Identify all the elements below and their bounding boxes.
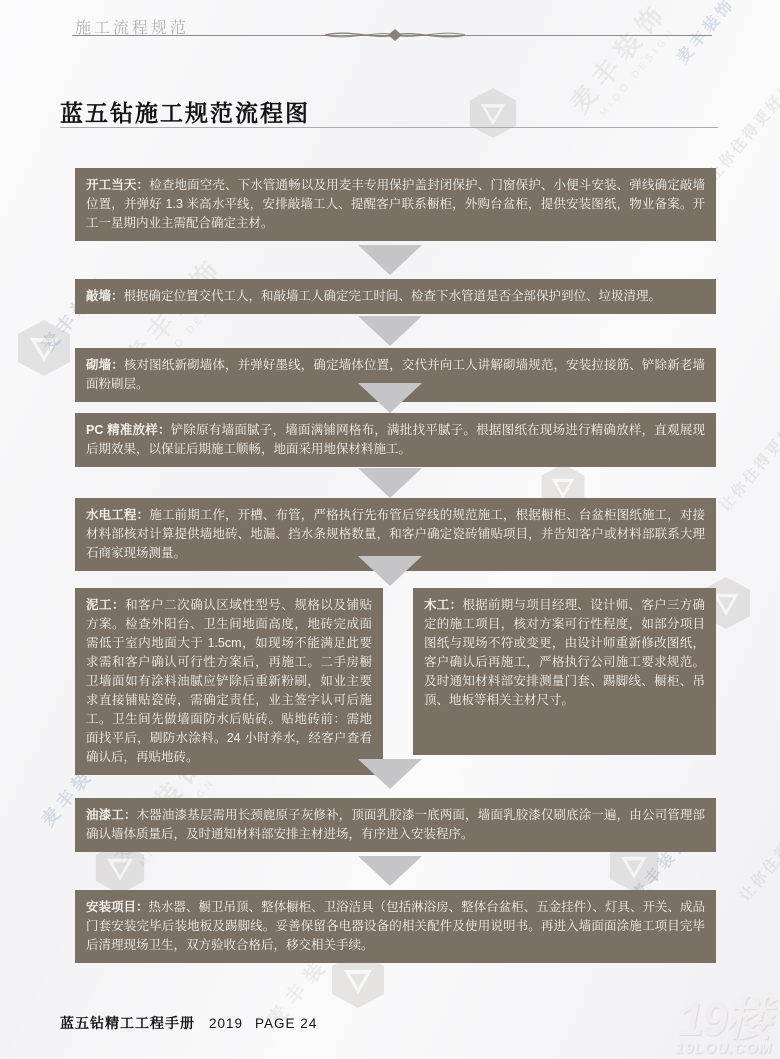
step-box-pc-fangyang: PC 精准放样：铲除原有墙面腻子，墙面满铺网格布，满批找平腻子。根据图纸在现场进… [75,413,716,467]
step-box-qiaoqiang: 敲墙：根据确定位置交代工人，和敲墙工人确定完工时间、检查下水管道是否全部保护到位… [75,279,716,314]
step-text: 热水器、橱卫吊顶、整体橱柜、卫浴洁具（包括淋浴房、整体台盆柜、五金挂件）、灯具、… [86,900,705,952]
step-label: 敲墙： [86,289,124,303]
site-logo-watermark: 19楼 19LOU.COM [675,998,772,1057]
step-label: 油漆工： [86,808,137,822]
slogan-watermark: 让你住得更好！ [714,405,780,515]
footer-page-number: PAGE 24 [255,1016,317,1031]
step-box-kaigong: 开工当天：检查地面空壳、下水管通畅以及用麦丰专用保护盖封闭保护、门窗保护、小便斗… [75,168,716,241]
brand-watermark: 麦丰装饰 MIOO DESIGN [560,0,686,128]
step-label: 木工： [424,598,462,612]
site-logo-url: 19LOU.COM [675,1040,772,1057]
brand-hexagon-logo-icon [468,86,518,140]
step-text: 根据前期与项目经理、设计师、客户三方确定的施工项目，核对方案可行性程度，如部分项… [424,598,705,707]
step-box-youqigong: 油漆工：木器油漆基层需用长颈鹿原子灰修补，顶面乳胶漆一底两面，墙面乳胶漆仅刷底涂… [75,798,716,852]
step-text: 根据确定位置交代工人，和敲墙工人确定完工时间、检查下水管道是否全部保护到位、垃圾… [124,289,662,303]
step-text: 木器油漆基层需用长颈鹿原子灰修补，顶面乳胶漆一底两面，墙面乳胶漆仅刷底涂一遍，由… [86,808,705,841]
step-text: 和客户二次确认区域性型号、规格以及铺贴方案。检查外阳台、卫生间地面高度，地砖完成… [86,598,372,764]
footer-manual-title: 蓝五钻精工工程手册 [60,1015,195,1031]
flow-arrow-down-icon [358,556,422,586]
flow-arrow-down-icon [358,383,422,413]
flow-arrow-down-icon [358,468,422,498]
step-label: 泥工： [86,598,125,612]
step-label: 安装项目： [86,900,149,914]
manual-page: 麦丰装饰 MIOO DESIGN 麦丰装饰 麦丰装饰 MIOO DESIGN 麦… [0,0,780,1059]
step-label: PC 精准放样： [86,423,171,437]
brand-hexagon-logo-icon [16,318,72,378]
footer-year: 2019 [209,1016,243,1031]
doc-title: 蓝五钻施工规范流程图 [60,95,310,128]
step-label: 水电工程： [86,508,149,522]
slogan-watermark: 让你住得更好！ [734,795,780,905]
step-box-mugong: 木工：根据前期与项目经理、设计师、客户三方确定的施工项目，核对方案可行性程度，如… [413,588,716,755]
step-text: 检查地面空壳、下水管通畅以及用麦丰专用保护盖封闭保护、门窗保护、小便斗安装、弹线… [86,178,705,230]
flow-arrow-down-icon [358,245,422,275]
step-text: 施工前期工作，开槽、布管，严格执行先布管后穿线的规范施工，根据橱柜、台盆柜图纸施… [86,508,705,560]
flow-arrow-down-icon [358,759,422,789]
step-label: 开工当天： [86,178,149,192]
brand-watermark: 麦丰装饰 [670,0,739,68]
step-box-anzhuang: 安装项目：热水器、橱卫吊顶、整体橱柜、卫浴洁具（包括淋浴房、整体台盆柜、五金挂件… [75,890,716,963]
page-footer: 蓝五钻精工工程手册2019PAGE 24 [60,1013,317,1033]
flow-arrow-down-icon [358,316,422,346]
step-label: 砌墙： [86,358,124,372]
site-logo-text: 19楼 [675,998,772,1040]
flow-arrow-down-icon [358,856,422,886]
divider-flourish-icon [320,27,470,43]
doc-title-rule [60,127,718,128]
step-text: 铲除原有墙面腻子，墙面满铺网格布，满批找平腻子。根据图纸在现场进行精确放样，直观… [86,423,705,456]
step-box-nigong: 泥工：和客户二次确认区域性型号、规格以及铺贴方案。检查外阳台、卫生间地面高度，地… [75,588,383,775]
